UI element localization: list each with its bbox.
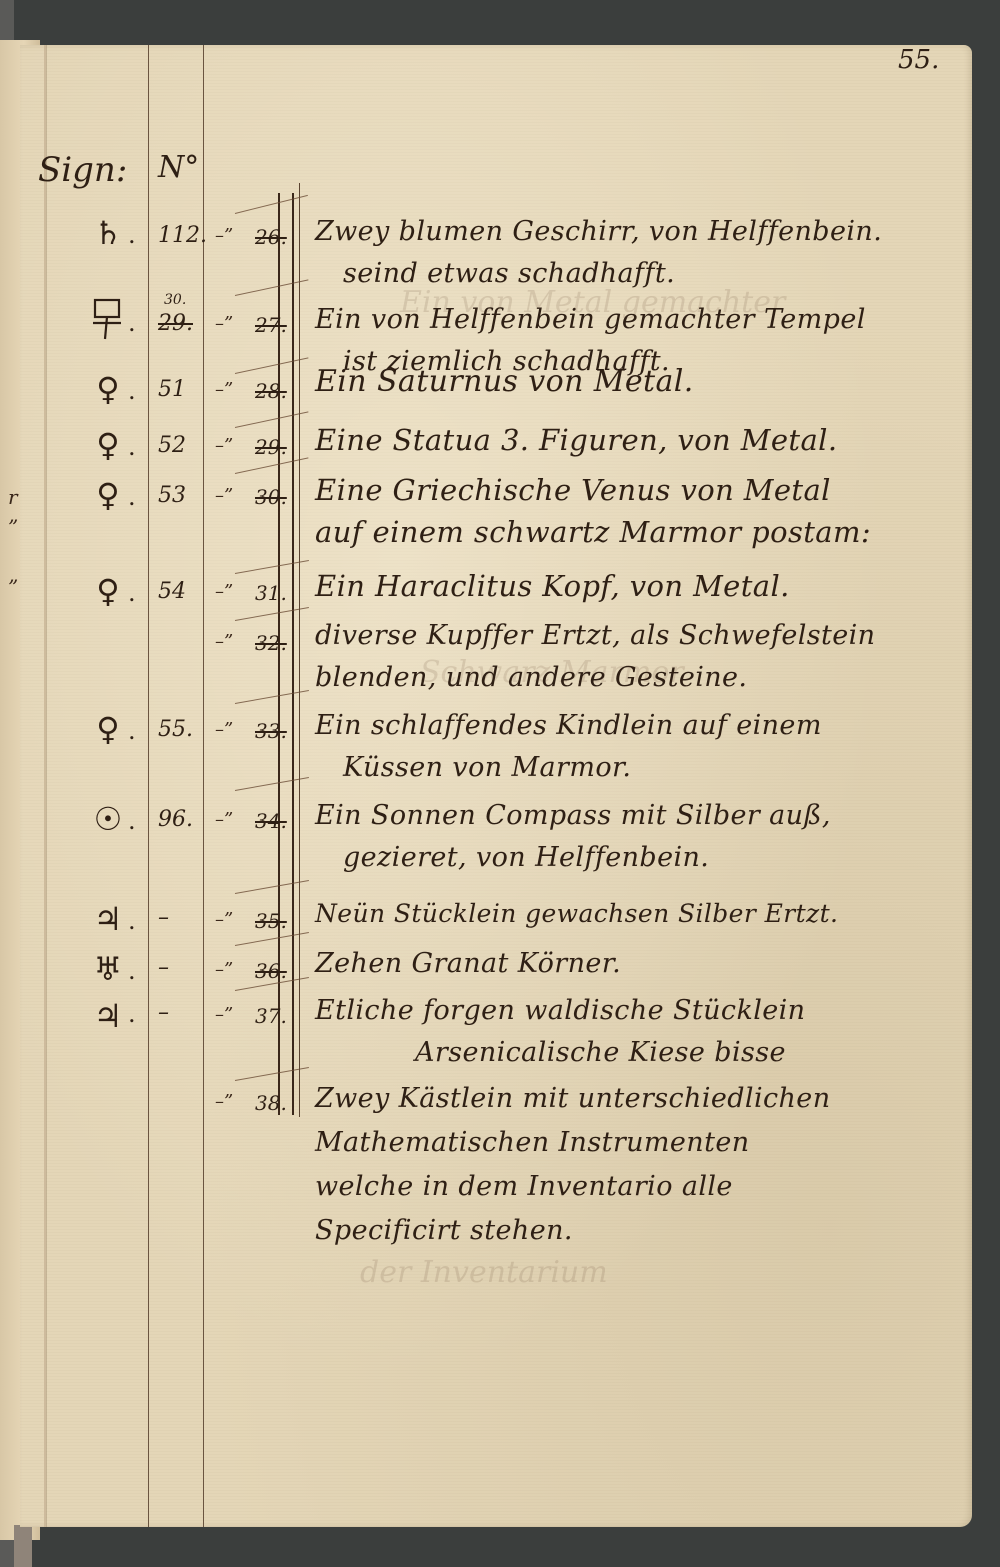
new-number: 32. — [255, 633, 287, 653]
ditto-mark: –” — [215, 1093, 233, 1111]
new-number: 27. — [255, 315, 287, 335]
new-number: 26. — [255, 227, 287, 247]
symbol-period: . — [128, 807, 136, 835]
description-line: auf einem schwartz Marmor postam: — [315, 511, 965, 553]
old-number: 112. — [158, 225, 207, 247]
old-number-struck: 29. — [158, 311, 193, 336]
entry-description: Neün Stücklein gewachsen Silber Ertzt. — [315, 893, 965, 935]
old-number: – — [158, 957, 169, 979]
description-line: Ein schlaffendes Kindlein auf einem — [315, 705, 965, 747]
margin-mark: ” — [8, 515, 18, 539]
description-line: Zwey blumen Geschirr, von Helffenbein. — [315, 211, 965, 253]
strike-flourish — [235, 279, 309, 296]
new-number: 28. — [255, 381, 287, 401]
description-line: Mathematischen Instrumenten — [315, 1121, 965, 1165]
strike-flourish — [235, 457, 309, 474]
manuscript-page: Ein von Metal gemachter Schwarz Marmor d… — [20, 45, 972, 1527]
strike-flourish — [235, 690, 309, 704]
column-rule-number — [203, 45, 204, 1527]
venus-symbol-icon: ♀ — [88, 479, 128, 511]
new-number: 35. — [255, 911, 287, 931]
symbol-period: . — [128, 433, 136, 461]
description-line: Ein Haraclitus Kopf, von Metal. — [315, 565, 965, 607]
old-number: 30. 29. — [158, 313, 193, 335]
description-line: Küssen von Marmor. — [315, 747, 965, 789]
new-number: 31. — [255, 583, 287, 603]
old-number: 52 — [158, 435, 186, 457]
saturn-symbol-icon: ♄ — [88, 217, 128, 249]
entry-description: Ein Haraclitus Kopf, von Metal. — [315, 565, 965, 607]
symbol-period: . — [128, 957, 136, 985]
column-bar — [292, 193, 294, 1115]
ditto-mark: –” — [215, 811, 233, 829]
description-line: diverse Kupffer Ertzt, als Schwefelstein — [315, 615, 965, 657]
book-spine-tab — [14, 1525, 32, 1567]
description-line: Neün Stücklein gewachsen Silber Ertzt. — [315, 893, 965, 935]
description-line: Eine Statua 3. Figuren, von Metal. — [315, 419, 965, 461]
new-number: 29. — [255, 437, 287, 457]
strike-flourish — [235, 777, 309, 791]
column-rule-sign — [148, 45, 149, 1527]
strike-flourish — [235, 560, 309, 574]
strike-flourish — [235, 411, 309, 428]
entry-description: Etliche forgen waldische Stücklein Arsen… — [315, 990, 965, 1074]
column-bar — [299, 183, 300, 1117]
entry-description: Zwey blumen Geschirr, von Helffenbein. s… — [315, 211, 965, 295]
ditto-mark: –” — [215, 315, 233, 333]
venus-symbol-icon: ♀ — [88, 575, 128, 607]
ditto-mark: –” — [215, 437, 233, 455]
ditto-mark: –” — [215, 1006, 233, 1024]
ditto-mark: –” — [215, 487, 233, 505]
description-line: Specificirt stehen. — [315, 1209, 965, 1253]
old-number-correction: 30. — [164, 293, 186, 307]
strike-flourish — [235, 880, 309, 894]
jupiter-symbol-icon: ♃ — [88, 1000, 128, 1032]
new-number: 30. — [255, 487, 287, 507]
old-number: 53 — [158, 485, 186, 507]
description-line: Zehen Granat Körner. — [315, 943, 965, 985]
entry-description: diverse Kupffer Ertzt, als Schwefelstein… — [315, 615, 965, 699]
header-sign: Sign: — [38, 150, 127, 190]
old-number: 55. — [158, 719, 193, 741]
description-line: gezieret, von Helffenbein. — [315, 837, 965, 879]
ditto-mark: –” — [215, 721, 233, 739]
symbol-period: . — [128, 717, 136, 745]
description-line: blenden, und andere Gesteine. — [315, 657, 965, 699]
entry-description: Zehen Granat Körner. — [315, 943, 965, 985]
symbol-period: . — [128, 1000, 136, 1028]
strike-flourish — [235, 195, 308, 214]
entry-description: Eine Griechische Venus von Metal auf ein… — [315, 469, 965, 553]
square-cross-symbol-icon — [88, 297, 128, 346]
bleed-through-text: der Inventarium — [360, 1255, 608, 1290]
new-number: 38. — [255, 1093, 287, 1113]
symbol-period: . — [128, 377, 136, 405]
venus-symbol-icon: ♀ — [88, 429, 128, 461]
strike-flourish — [235, 607, 309, 621]
strike-flourish — [235, 1067, 309, 1081]
ditto-mark: –” — [215, 961, 233, 979]
strike-flourish — [235, 357, 309, 374]
description-line: seind etwas schadhafft. — [315, 253, 965, 295]
page-number: 55. — [898, 45, 939, 75]
symbol-period: . — [128, 483, 136, 511]
symbol-period: . — [128, 309, 136, 337]
square-cross-symbol-glyph — [91, 297, 125, 341]
description-line: welche in dem Inventario alle — [315, 1165, 965, 1209]
new-number: 34. — [255, 811, 287, 831]
description-line: Ein Saturnus von Metal. — [315, 361, 965, 403]
header-number: N° — [158, 150, 199, 185]
ditto-mark: –” — [215, 633, 233, 651]
ditto-mark: –” — [215, 381, 233, 399]
strike-flourish — [235, 932, 309, 946]
symbol-period: . — [128, 221, 136, 249]
venus-symbol-icon: ♀ — [88, 713, 128, 745]
uranus-symbol-icon: ♅ — [88, 953, 128, 985]
sun-symbol-icon: ☉ — [88, 803, 128, 835]
description-line: Eine Griechische Venus von Metal — [315, 469, 965, 511]
margin-mark: ” — [8, 575, 18, 599]
entry-description: Ein Saturnus von Metal. — [315, 361, 965, 403]
gutter-fold — [44, 45, 46, 1527]
description-line: Arsenicalische Kiese bisse — [315, 1032, 965, 1074]
description-line: Zwey Kästlein mit unterschiedlichen — [315, 1077, 965, 1121]
description-line: Ein von Helffenbein gemachter Tempel — [315, 299, 965, 341]
entry-description: Ein schlaffendes Kindlein auf einem Küss… — [315, 705, 965, 789]
new-number: 33. — [255, 721, 287, 741]
new-number: 36. — [255, 961, 287, 981]
symbol-period: . — [128, 907, 136, 935]
old-number: 96. — [158, 809, 193, 831]
ditto-mark: –” — [215, 911, 233, 929]
description-line: Etliche forgen waldische Stücklein — [315, 990, 965, 1032]
entry-description: Eine Statua 3. Figuren, von Metal. — [315, 419, 965, 461]
venus-symbol-icon: ♀ — [88, 373, 128, 405]
symbol-period: . — [128, 579, 136, 607]
entry-description: Ein Sonnen Compass mit Silber auß, gezie… — [315, 795, 965, 879]
old-number: – — [158, 1002, 169, 1024]
entry-description: Zwey Kästlein mit unterschiedlichen Math… — [315, 1077, 965, 1253]
jupiter-symbol-icon: ♃ — [88, 903, 128, 935]
ditto-mark: –” — [215, 583, 233, 601]
margin-mark: r — [8, 485, 18, 509]
old-number: 54 — [158, 581, 186, 603]
old-number: – — [158, 907, 169, 929]
old-number: 51 — [158, 379, 186, 401]
ditto-mark: –” — [215, 227, 233, 245]
new-number: 37. — [255, 1006, 287, 1026]
description-line: Ein Sonnen Compass mit Silber auß, — [315, 795, 965, 837]
